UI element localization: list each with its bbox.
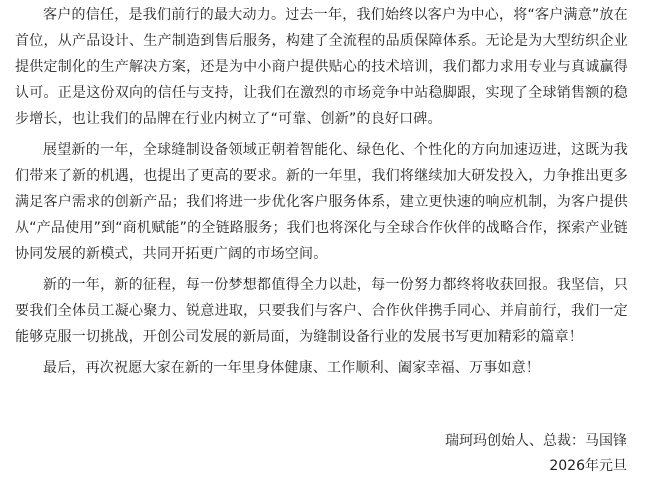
article-body: 客户的信任，是我们前行的最大动力。过去一年，我们始终以客户为中心，将“客户满意”… xyxy=(0,0,645,496)
signature-date: 2026年元旦 xyxy=(445,454,627,479)
paragraph-closing-wishes: 最后，再次祝愿大家在新的一年里身体健康、工作顺利、阖家幸福、万事如意！ xyxy=(15,355,628,381)
signature-block: 瑞珂玛创始人、总裁：马国锋 2026年元旦 xyxy=(445,429,627,479)
signature-author: 瑞珂玛创始人、总裁：马国锋 xyxy=(445,429,627,454)
paragraph-customer-trust: 客户的信任，是我们前行的最大动力。过去一年，我们始终以客户为中心，将“客户满意”… xyxy=(15,2,628,132)
paragraph-new-journey: 新的一年，新的征程，每一份梦想都值得全力以赴，每一份努力都终将收获回报。我坚信，… xyxy=(15,272,628,350)
paragraph-outlook: 展望新的一年，全球缝制设备领域正朝着智能化、绿色化、个性化的方向加速迈进，这既为… xyxy=(15,137,628,267)
